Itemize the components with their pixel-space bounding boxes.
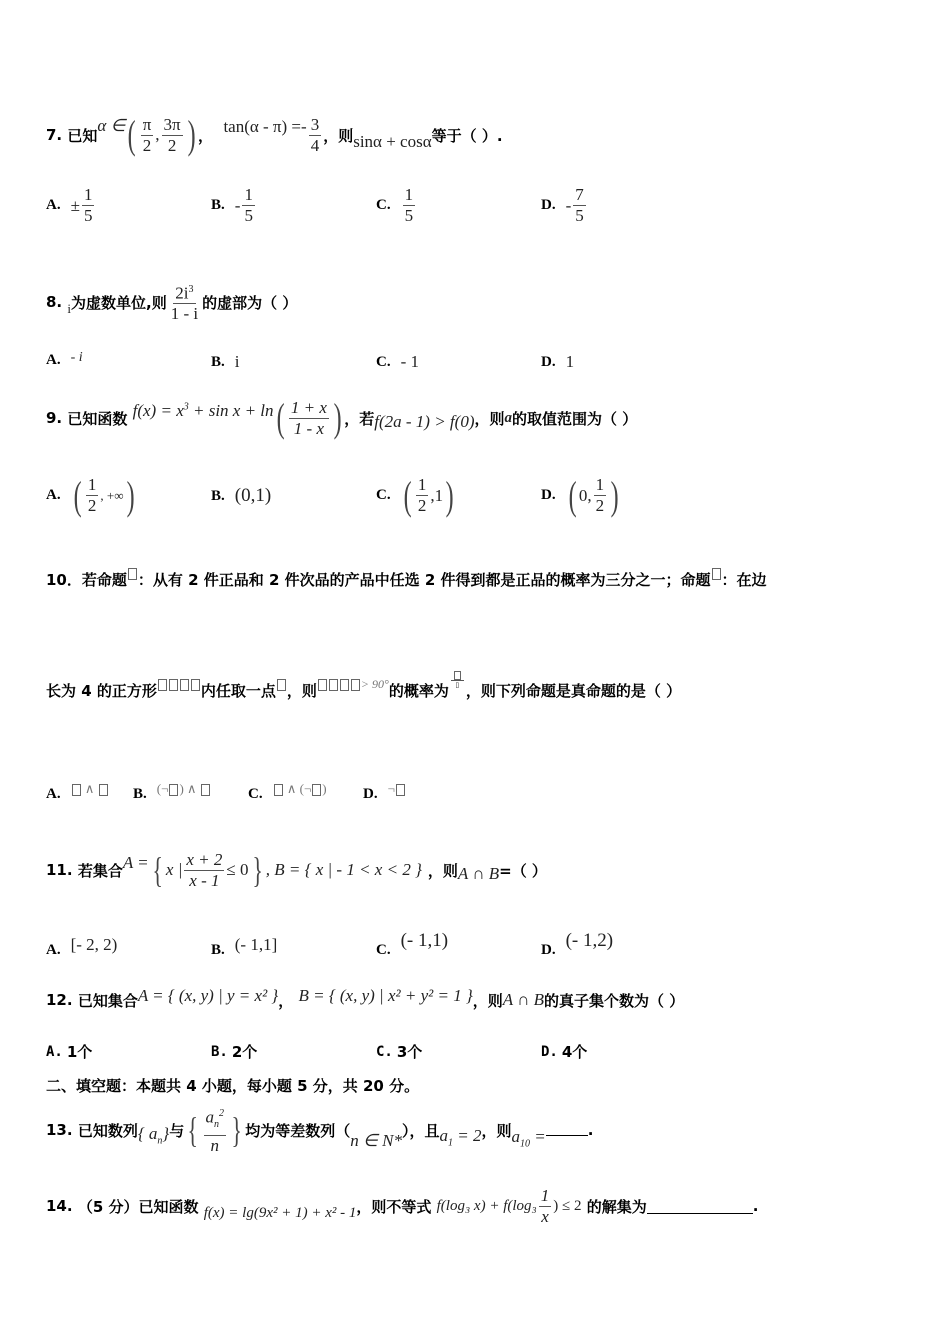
q9-number: 9.: [46, 409, 62, 427]
q12-set-a: A = { (x, y) | y = x² }: [138, 986, 278, 1006]
q12-option-c[interactable]: C. 3个: [376, 1041, 422, 1062]
option-value: (¬) ∧: [157, 781, 211, 797]
option-label: A.: [46, 197, 61, 214]
q7-left-paren: (: [128, 115, 136, 155]
option-prefix: -: [566, 196, 572, 216]
q12-option-b[interactable]: B. 2个: [211, 1041, 257, 1062]
q10-square-name: [157, 675, 201, 693]
q12-number: 12.: [46, 991, 73, 1009]
option-label: C.: [376, 197, 391, 214]
option-label: B.: [211, 488, 225, 505]
option-label: D.: [541, 487, 556, 504]
missing-glyph-icon: [712, 568, 721, 580]
option-value: (- 1,1]: [235, 935, 277, 955]
option-value: 2个: [232, 1041, 257, 1062]
q14-lead: 已知函数: [138, 1196, 198, 1217]
section-fill-in-title: 二、填空题：本题共 4 小题，每小题 5 分，共 20 分。: [46, 1075, 419, 1095]
q12-tail: 的真子集个数为（ ）: [544, 990, 684, 1011]
option-label: B.: [133, 786, 147, 803]
q14-number: 14.: [46, 1197, 73, 1215]
option-fraction: 15: [403, 185, 416, 226]
option-prefix: -: [235, 196, 241, 216]
option-value: (- 1,2): [566, 930, 613, 952]
q9-stem: 9. 已知函数 f(x) = x3 + sin x + ln ( 1 + x1 …: [46, 388, 637, 448]
q11-option-b[interactable]: B. (- 1,1]: [211, 930, 277, 959]
q11-stem: 11. 若集合 A = { x | x + 2x - 1 ≤ 0 } , B =…: [46, 840, 547, 900]
q13-stem: 13. 已知数列 { an} 与 { an2n } 均为等差数列（ n ∈ N*…: [46, 1102, 593, 1158]
q9-left-paren: (: [276, 398, 284, 438]
q11-set-a-label: A =: [123, 853, 149, 873]
q12-stem: 12. 已知集合 A = { (x, y) | y = x² } ， B = {…: [46, 980, 684, 1020]
option-fraction: 12: [416, 475, 429, 516]
q14-stem: 14. （5 分） 已知函数 f(x) = lg(9x² + 1) + x² -…: [46, 1182, 758, 1230]
q13-seq-an: { an}: [138, 1124, 169, 1146]
q9-option-c[interactable]: C. (12,1) (1/2, 1): [376, 475, 457, 516]
q7-option-d[interactable]: D. - 75: [541, 185, 588, 226]
q13-a1: a1 = 2: [439, 1126, 481, 1148]
q7-fraction-pi-2: π2: [141, 115, 154, 156]
q9-fraction: 1 + x1 - x: [289, 398, 329, 439]
q10-square: 长为 4 的正方形: [46, 680, 157, 701]
missing-glyph-icon: [128, 568, 137, 580]
q9-option-b[interactable]: B. (0,1): [211, 485, 271, 507]
q12-lead: 已知集合: [78, 990, 138, 1011]
q9-fx-rest: + sin x + ln: [193, 401, 274, 420]
q7-then: ，则: [323, 125, 353, 146]
q11-number: 11.: [46, 861, 73, 879]
q14-mid: ，则不等式: [356, 1196, 431, 1217]
q14-fraction: 1x: [539, 1186, 552, 1227]
option-value: 1个: [67, 1041, 92, 1062]
option-value: (- 1,1): [401, 930, 448, 952]
q9-function: f(x) = x3 + sin x + ln: [133, 401, 274, 421]
q9-mid: ，若: [344, 408, 374, 429]
q13-mid2: ），且: [402, 1120, 440, 1141]
q7-stem: 7. 已知 α ∈ ( π2, 3π2 ) ， tan(α - π) =- 34…: [46, 100, 503, 170]
q9-then: ，则: [474, 408, 504, 429]
q9-fx: f(x) = x: [133, 401, 184, 420]
option-fraction: 15: [82, 185, 95, 226]
q8-tail: 的虚部为（ ）: [202, 292, 297, 313]
q13-then: ，则: [481, 1120, 511, 1141]
q9-option-d[interactable]: D. (0,12) (0, 1/2): [541, 475, 622, 516]
q14-score: （5 分）: [78, 1196, 139, 1217]
q10-probability: 的概率为: [389, 680, 449, 701]
q14-end: .: [753, 1197, 759, 1215]
q11-option-a[interactable]: A. [- 2, 2): [46, 930, 117, 959]
q11-set-a-condition: ≤ 0: [226, 860, 248, 880]
option-label: B.: [211, 354, 225, 371]
q8-option-b[interactable]: B. i: [211, 352, 240, 372]
q8-option-c[interactable]: C. - 1: [376, 352, 419, 372]
q7-right-paren: ): [187, 115, 195, 155]
q11-set-a-var: x |: [166, 860, 182, 880]
option-label: D.: [541, 1044, 558, 1060]
q9-right-paren: ): [334, 398, 342, 438]
option-value: [- 2, 2): [71, 935, 118, 955]
q7-option-a[interactable]: A. ± 15: [46, 185, 96, 226]
q8-fraction: 2i31 - i: [169, 280, 200, 325]
q7-lead: 已知: [67, 125, 97, 146]
q9-cube: 3: [184, 401, 189, 412]
q10-probability-fraction: ▯: [451, 669, 464, 688]
option-label: B.: [211, 942, 225, 959]
option-value: (0,1): [235, 485, 271, 507]
option-value: 4个: [562, 1041, 587, 1062]
q11-set-b: , B = { x | - 1 < x < 2 }: [266, 860, 422, 880]
option-fraction: 12: [86, 475, 99, 516]
q7-option-b[interactable]: B. - 15: [211, 185, 257, 226]
q7-alpha-in: α ∈: [97, 116, 125, 136]
q12-set-b: B = { (x, y) | x² + y² = 1 }: [298, 986, 472, 1006]
option-value: ∧ (¬): [273, 781, 327, 797]
q12-separator: ，: [278, 990, 293, 1011]
q9-condition: f(2a - 1) > f(0): [374, 412, 474, 432]
option-label: A.: [46, 352, 61, 369]
q11-option-d[interactable]: D. (- 1,2): [541, 922, 613, 959]
q9-variable: a: [505, 410, 513, 427]
option-label: B.: [211, 1044, 228, 1060]
q13-condition: n ∈ N*: [350, 1131, 402, 1151]
option-value: i: [235, 352, 240, 372]
option-label: C.: [376, 1044, 393, 1060]
q7-tail: 等于（ ）.: [432, 125, 503, 146]
q14-function: f(x) = lg(9x² + 1) + x² - 1: [204, 1205, 357, 1222]
option-label: A.: [46, 786, 61, 803]
q8-option-d[interactable]: D. 1: [541, 352, 574, 372]
q12-then: ，则: [473, 990, 503, 1011]
option-label: C.: [376, 487, 391, 504]
q11-intersection: A ∩ B: [458, 864, 499, 884]
q13-answer-blank[interactable]: [546, 1121, 588, 1136]
option-prefix: ±: [71, 196, 80, 216]
q7-fraction-3pi-2: 3π2: [162, 115, 183, 156]
q14-inequality-right: ) ≤ 2: [553, 1198, 581, 1215]
option-label: D.: [541, 197, 556, 214]
q11-fraction: x + 2x - 1: [184, 850, 224, 891]
q14-answer-blank[interactable]: [647, 1199, 753, 1214]
option-label: A.: [46, 487, 61, 504]
q8-number: 8.: [46, 293, 62, 311]
option-label: D.: [541, 942, 556, 959]
q10-point: 内任取一点: [201, 680, 276, 701]
q7-number: 7.: [46, 126, 62, 144]
q7-separator: ，: [198, 125, 213, 146]
q10-angle-condition: > 90°: [361, 677, 389, 692]
q10-then: ，则: [287, 680, 317, 701]
q13-fraction: an2n: [204, 1104, 227, 1156]
q8-lead: 为虚数单位,则: [71, 292, 167, 313]
option-label: C.: [376, 942, 391, 959]
q14-inequality-left: f(log₃ x) + f(log₃: [437, 1198, 537, 1215]
option-label: B.: [211, 197, 225, 214]
q12-intersection: A ∩ B: [503, 990, 544, 1010]
q13-a10: a10 =: [511, 1127, 545, 1149]
option-value: ¬: [388, 781, 406, 797]
q10-stem-line1: 10．若命题 ：从有 2 件正品和 2 件次品的产品中任选 2 件得到都是正品的…: [46, 568, 767, 590]
q10-angle: [317, 675, 361, 693]
q11-tail: =（ ）: [499, 860, 547, 881]
q13-lead: 已知数列: [78, 1120, 138, 1141]
q10-option-c[interactable]: C. ∧ (¬) ∧ (¬ ): [248, 786, 327, 803]
option-label: A.: [46, 1044, 63, 1060]
q7-tan-condition: tan(α - π) =-: [223, 117, 306, 137]
option-value: ∧: [71, 781, 109, 797]
option-label: C.: [376, 354, 391, 371]
q14-tail: 的解集为: [587, 1196, 647, 1217]
q11-then: ，则: [428, 860, 458, 881]
option-value: - 1: [401, 352, 419, 372]
q10-number-lead: 10．若命题: [46, 569, 127, 590]
option-fraction: 15: [242, 185, 255, 226]
option-value: - i: [71, 350, 83, 366]
q13-and: 与: [169, 1120, 184, 1141]
q10-tail: ，则下列命题是真命题的是（ ）: [466, 680, 681, 701]
option-label: C.: [248, 786, 263, 803]
q10-proposition-p: ：从有 2 件正品和 2 件次品的产品中任选 2 件得到都是正品的概率为三分之一…: [138, 569, 711, 590]
q9-option-a[interactable]: A. (12, +∞) (1/2, +∞): [46, 475, 137, 516]
option-label: D.: [541, 354, 556, 371]
option-value: 1: [566, 352, 575, 372]
q10-option-d[interactable]: D. ¬: [363, 786, 406, 803]
q10-option-b[interactable]: B. (¬) ∧ (¬ ) ∧: [133, 786, 211, 803]
q12-option-a[interactable]: A. 1个: [46, 1041, 92, 1062]
q11-option-c[interactable]: C. (- 1,1): [376, 922, 448, 959]
q7-option-c[interactable]: C. 15: [376, 185, 417, 226]
q12-option-d[interactable]: D. 4个: [541, 1041, 587, 1062]
q8-exponent: 3: [189, 284, 194, 295]
option-fraction: 75: [573, 185, 586, 226]
q13-mid: 均为等差数列（: [245, 1120, 350, 1141]
q9-lead: 已知函数: [67, 408, 127, 429]
option-fraction: 12: [594, 475, 607, 516]
q8-denominator: 1 - i: [169, 304, 200, 324]
q7-expression: sinα + cosα: [353, 132, 431, 152]
q7-fraction-3-4: 34: [309, 115, 322, 156]
q13-tail: .: [588, 1121, 594, 1139]
q9-tail: 的取值范围为（ ）: [512, 408, 637, 429]
option-value: 3个: [397, 1041, 422, 1062]
q8-stem: 8. i 为虚数单位,则 2i31 - i 的虚部为（ ）: [46, 272, 297, 332]
option-label: D.: [363, 786, 378, 803]
section-title-text: 二、填空题：本题共 4 小题，每小题 5 分，共 20 分。: [46, 1075, 419, 1096]
q11-lead: 若集合: [78, 860, 123, 881]
q10-stem-line2: 长为 4 的正方形 内任取一点 ，则 > 90° 的概率为 ▯ ，则下列命题是真…: [46, 668, 681, 712]
q10-proposition-q-start: ：在边: [722, 569, 767, 590]
q10-option-a[interactable]: A. ∧: [46, 786, 109, 803]
q8-option-a[interactable]: A. - i: [46, 352, 83, 369]
q8-numerator: 2i: [175, 283, 188, 302]
q13-number: 13.: [46, 1121, 73, 1139]
option-label: A.: [46, 942, 61, 959]
missing-glyph-icon: [277, 679, 286, 691]
